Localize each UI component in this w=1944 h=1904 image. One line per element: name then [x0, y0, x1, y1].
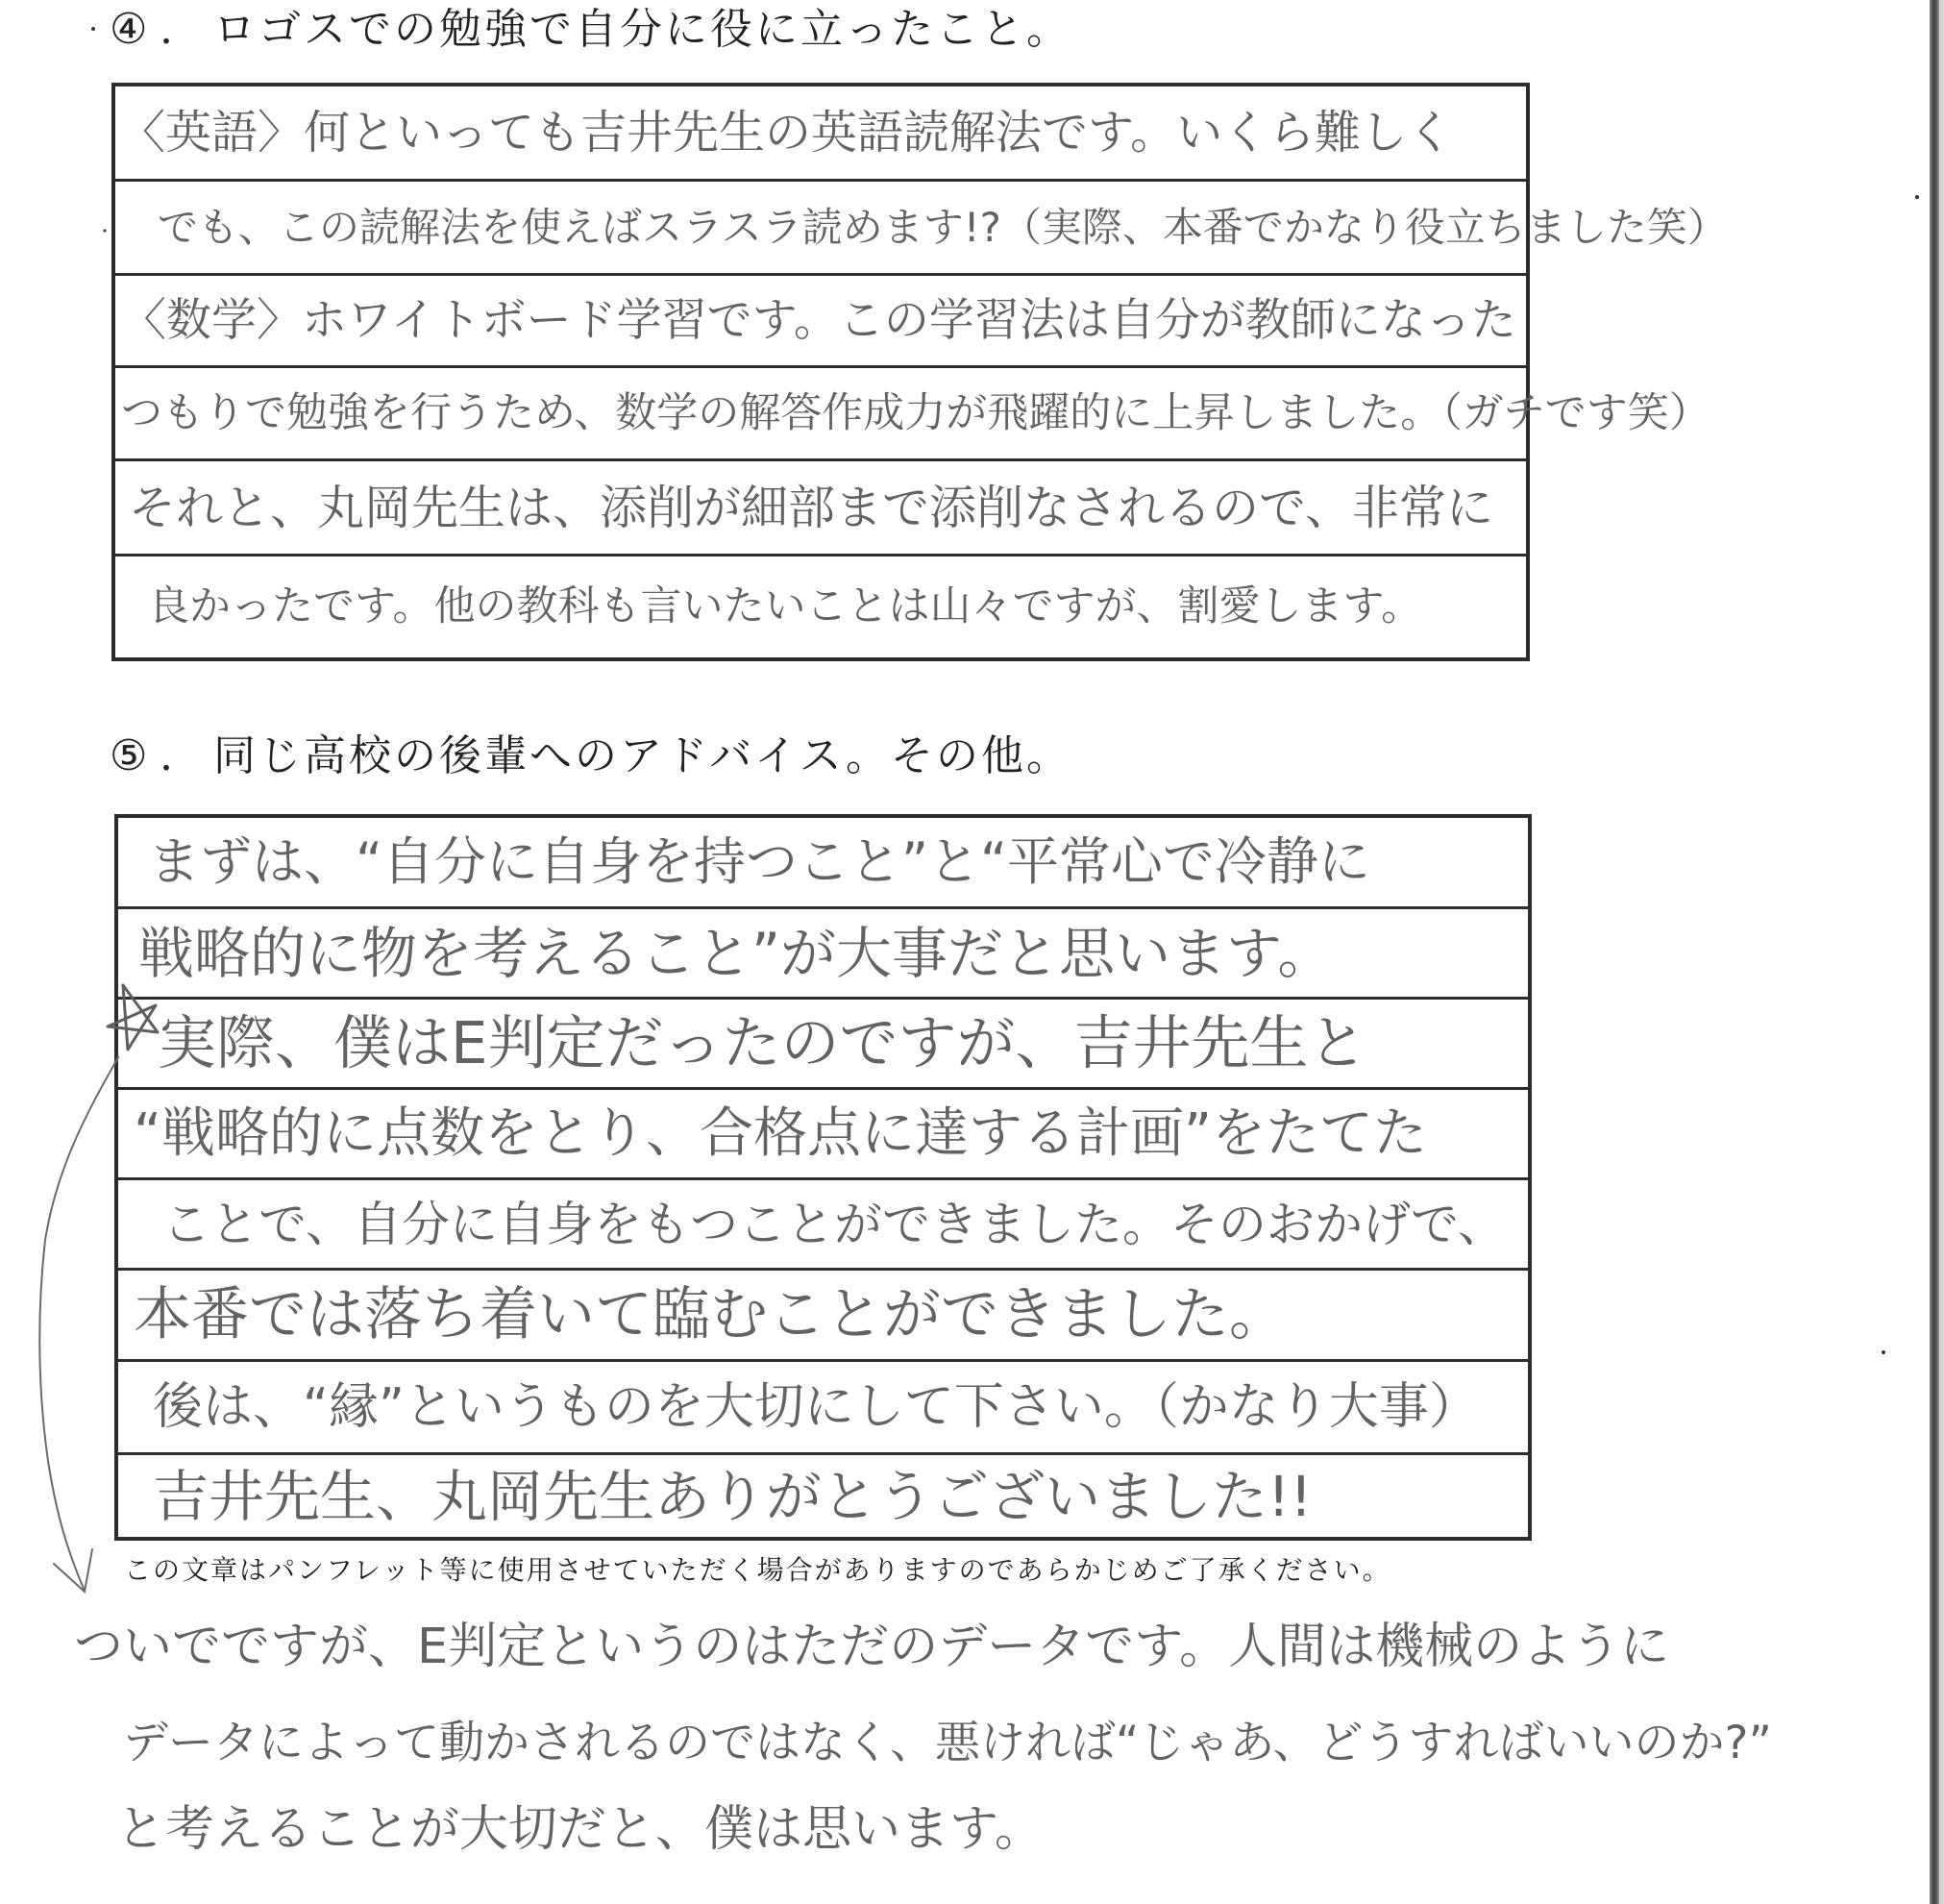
margin-note-line: データによって動かされるのではなく、悪ければ“じゃあ、どうすればいいのか?”	[123, 1720, 1772, 1766]
margin-note-line: と考えることが大切だと、僕は思います。	[116, 1805, 1044, 1854]
answer-row: それと、丸岡先生は、添削が細部まで添削なされるので、非常に	[115, 458, 1526, 554]
scanned-survey-page: ④.ロゴスでの勉強で自分に役に立ったこと。 〈英語〉何といっても吉井先生の英語読…	[0, 0, 1944, 1904]
handwritten-line: 本番では落ち着いて臨むことができました。	[134, 1286, 1287, 1344]
section-5-answer-box: まずは、“自分に自身を持つこと”と“平常心で冷静に 戦略的に物を考えること”が大…	[114, 814, 1532, 1541]
handwritten-line: まずは、“自分に自身を持つこと”と“平常心で冷静に	[148, 836, 1370, 888]
answer-row: つもりで勉強を行うため、数学の解答作成力が飛躍的に上昇しました。（ガチです笑）	[115, 365, 1526, 458]
handwritten-line: つもりで勉強を行うため、数学の解答作成力が飛躍的に上昇しました。（ガチです笑）	[121, 393, 1710, 434]
handwritten-line: それと、丸岡先生は、添削が細部まで添削なされるので、非常に	[129, 484, 1493, 532]
usage-notice: この文章はパンフレット等に使用させていただく場合がありますのであらかじめご了承く…	[124, 1554, 1391, 1587]
handwritten-line: “戦略的に点数をとり、合格点に達する計画”をたてた	[134, 1107, 1427, 1161]
handwritten-line: 戦略的に物を考えること”が大事だと思います。	[138, 926, 1333, 981]
handwritten-line: 良かったです。他の教科も言いたいことは山々ですが、割愛します。	[148, 586, 1422, 628]
section-5-separator: .	[160, 732, 213, 780]
scan-edge-shadow	[1930, 0, 1939, 1904]
arrow-annotation-icon	[39, 1057, 118, 1592]
section-5-title: 同じ高校の後輩へのアドバイス。その他。	[213, 731, 1071, 780]
answer-row: 良かったです。他の教科も言いたいことは山々ですが、割愛します。	[115, 554, 1526, 657]
handwritten-line: 〈数学〉ホワイトボード学習です。この学習法は自分が教師になった	[121, 298, 1516, 343]
answer-row: 〈数学〉ホワイトボード学習です。この学習法は自分が教師になった	[115, 273, 1526, 365]
section-4-separator: .	[160, 6, 213, 54]
answer-row: 〈英語〉何といっても吉井先生の英語読解法です。いくら難しく	[115, 87, 1526, 179]
section-4-heading: ④.ロゴスでの勉強で自分に役に立ったこと。	[110, 6, 1071, 54]
handwritten-line: でも、この読解法を使えばスラスラ読めます!?（実際、本番でかなり役立ちました笑）	[158, 208, 1728, 248]
answer-row: 後は、“縁”というものを大切にして下さい。（かなり大事）	[118, 1359, 1528, 1452]
handwritten-line: ことで、自分に自身をもつことができました。そのおかげで、	[162, 1200, 1506, 1249]
section-5-heading: ⑤.同じ高校の後輩へのアドバイス。その他。	[110, 732, 1071, 780]
answer-row: ことで、自分に自身をもつことができました。そのおかげで、	[118, 1177, 1528, 1268]
handwritten-line: 後は、“縁”というものを大切にして下さい。（かなり大事）	[153, 1382, 1479, 1432]
section-4-number: ④	[110, 6, 160, 54]
answer-row: 実際、僕はE判定だったのですが、吉井先生と	[118, 997, 1528, 1087]
handwritten-line: 〈英語〉何といっても吉井先生の英語読解法です。いくら難しく	[119, 110, 1453, 156]
answer-row: でも、この読解法を使えばスラスラ読めます!?（実際、本番でかなり役立ちました笑）	[115, 179, 1526, 273]
section-4-answer-box: 〈英語〉何といっても吉井先生の英語読解法です。いくら難しく でも、この読解法を使…	[111, 83, 1530, 661]
handwritten-line: 実際、僕はE判定だったのですが、吉井先生と	[158, 1014, 1367, 1073]
handwritten-line: 吉井先生、丸岡先生ありがとうございました!!	[153, 1469, 1313, 1524]
section-4-title: ロゴスでの勉強で自分に役に立ったこと。	[213, 5, 1071, 54]
answer-row: まずは、“自分に自身を持つこと”と“平常心で冷静に	[118, 818, 1528, 906]
answer-row: 戦略的に物を考えること”が大事だと思います。	[118, 906, 1528, 997]
section-5-number: ⑤	[110, 732, 160, 780]
answer-row: “戦略的に点数をとり、合格点に達する計画”をたてた	[118, 1087, 1528, 1177]
answer-row: 本番では落ち着いて臨むことができました。	[118, 1268, 1528, 1359]
margin-note-line: ついでですが、E判定というのはただのデータです。人間は機械のように	[74, 1622, 1669, 1671]
answer-row: 吉井先生、丸岡先生ありがとうございました!!	[118, 1452, 1528, 1537]
scan-edge-margin	[1939, 0, 1944, 1904]
